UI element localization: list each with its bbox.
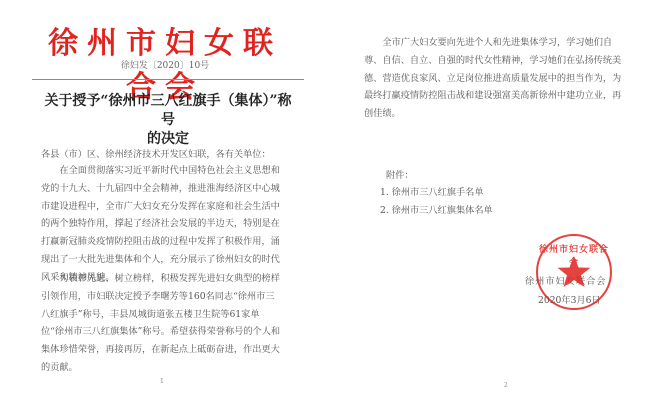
official-seal: 徐州市妇女联合会 — [536, 234, 612, 310]
page-number: 2 — [504, 382, 508, 389]
letterhead-divider — [32, 79, 304, 80]
attachment-item: 2. 徐州市三八红旗集体名单 — [380, 202, 493, 216]
page-number: 1 — [160, 378, 164, 385]
document-title: 关于授予“徐州市三八红旗手（集体）”称号 的决定 — [38, 92, 298, 149]
body-paragraph-2: 为表彰先进、树立榜样，积极发挥先进妇女典型的榜样引领作用，市妇联决定授予李曙芳等… — [41, 270, 281, 377]
body-paragraph-1: 在全面贯彻落实习近平新时代中国特色社会主义思想和党的十九大、十九届四中全会精神，… — [41, 162, 281, 287]
document-number: 徐妇发〔2020〕10号 — [0, 58, 330, 71]
salutation: 各县（市）区、徐州经济技术开发区妇联，各有关单位： — [41, 146, 271, 160]
title-line-1: 关于授予“徐州市三八红旗手（集体）”称号 — [38, 92, 298, 130]
document-page-1: 徐州市妇女联合会 徐妇发〔2020〕10号 关于授予“徐州市三八红旗手（集体）”… — [0, 0, 330, 408]
star-icon — [556, 254, 592, 290]
document-page-2: 全市广大妇女要向先进个人和先进集体学习，学习她们自尊、自信、自立、自强的时代女性… — [330, 0, 660, 408]
body-paragraph-3: 全市广大妇女要向先进个人和先进集体学习，学习她们自尊、自信、自立、自强的时代女性… — [364, 34, 626, 123]
attachments-label: 附件： — [386, 167, 414, 181]
attachment-item: 1. 徐州市三八红旗手名单 — [380, 184, 484, 198]
